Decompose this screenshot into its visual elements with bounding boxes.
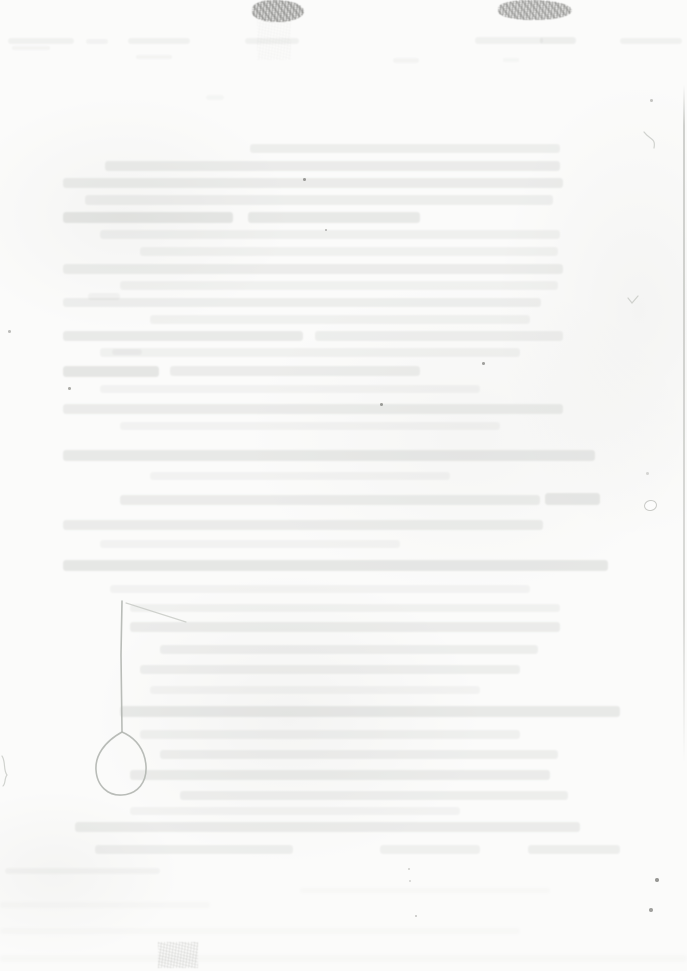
ink-speck [482, 362, 485, 365]
ink-speck-layer [0, 0, 687, 971]
ink-speck [303, 178, 306, 181]
ink-speck [415, 915, 417, 917]
ink-speck [325, 229, 327, 231]
ink-speck [646, 472, 649, 475]
ink-speck [655, 878, 659, 882]
ink-speck [68, 387, 71, 390]
ink-speck [409, 880, 411, 882]
ink-speck [649, 908, 653, 912]
ink-speck [408, 868, 410, 870]
scanned-page [0, 0, 687, 971]
ink-speck [380, 403, 383, 406]
ink-speck [8, 330, 11, 333]
page-edge-line [683, 85, 685, 763]
ink-speck [650, 99, 653, 102]
